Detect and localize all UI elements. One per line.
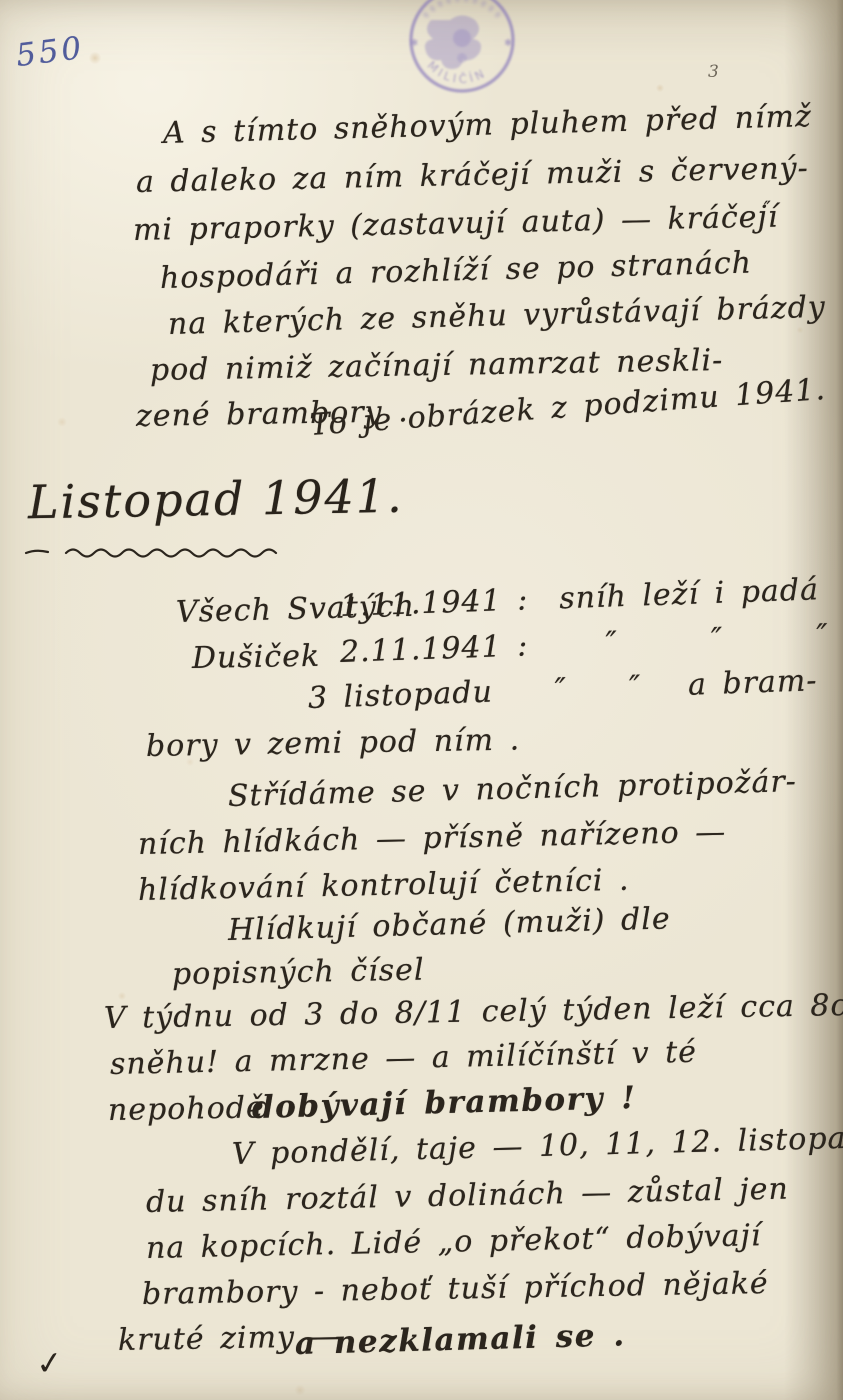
- manuscript-line: du sníh roztál v dolinách — zůstal jen: [146, 1172, 789, 1220]
- check-mark: ✓: [34, 1343, 65, 1384]
- stamp-emblem-detail: [453, 29, 471, 47]
- heading-underline-wave: [22, 544, 312, 560]
- manuscript-line: ních hlídkách — přísně nařízeno —: [138, 815, 727, 862]
- stamp-top-arc-text-illegible: [425, 0, 499, 16]
- manuscript-line: a daleko za ním kráčejí muži s červený-: [136, 151, 809, 200]
- manuscript-line: na kopcích. Lidé „o překot“ dobývají: [146, 1218, 762, 1266]
- page-number: 550: [14, 30, 86, 74]
- manuscript-line: a nezklamali se .: [295, 1317, 626, 1362]
- manuscript-line: hospodáři a rozhlíží se po stranách: [160, 246, 753, 296]
- manuscript-line: popisných čísel: [172, 953, 425, 992]
- manuscript-line: dobývají brambory !: [252, 1080, 637, 1126]
- manuscript-line: nepohodě: [108, 1090, 265, 1128]
- manuscript-line: 1.11.1941 : sníh leží i padá: [339, 572, 819, 624]
- stamp-emblem-detail: [457, 53, 467, 63]
- manuscript-line: Hlídkují občané (muži) dle: [228, 901, 671, 948]
- manuscript-line: 3 listopadu ″ ″ a bram-: [307, 663, 818, 716]
- manuscript-line: pod nimiž začínají namrzat neskli-: [150, 343, 724, 388]
- manuscript-line: na kterých ze sněhu vyrůstávají brázdy: [168, 290, 827, 342]
- manuscript-line: A s tímto sněhovým pluhem před nímž: [163, 99, 813, 151]
- manuscript-page: ✱ ✱ MILIČÍN 550 3 Listopad 1941. A s tím…: [0, 0, 843, 1400]
- stamp-side-mark-left: ✱: [410, 38, 418, 49]
- faint-corner-mark: 3: [708, 62, 719, 82]
- manuscript-line: mi praporky (zastavují auta) — kráčejí: [133, 199, 779, 248]
- manuscript-line: hlídkování kontrolují četníci .: [138, 863, 630, 908]
- manuscript-line: V pondělí, taje — 10, 11, 12. listopa-: [232, 1121, 843, 1172]
- manuscript-line: sněhu! a mrzne — a milíčínští v té: [110, 1035, 698, 1082]
- stamp-side-mark-right: ✱: [504, 38, 512, 49]
- manuscript-line: bory v zemi pod ním .: [146, 722, 521, 764]
- manuscript-line: brambory - neboť tuší příchod nějaké: [142, 1266, 769, 1312]
- insertion-mark: ″: [764, 198, 772, 219]
- manuscript-line: V týdnu od 3 do 8/11 celý týden leží cca…: [104, 987, 843, 1035]
- round-ink-stamp: ✱ ✱ MILIČÍN: [400, 0, 524, 100]
- section-heading: Listopad 1941.: [28, 469, 405, 530]
- manuscript-line: Dušiček: [192, 639, 321, 676]
- manuscript-line: Střídáme se v nočních protipožár-: [228, 764, 798, 814]
